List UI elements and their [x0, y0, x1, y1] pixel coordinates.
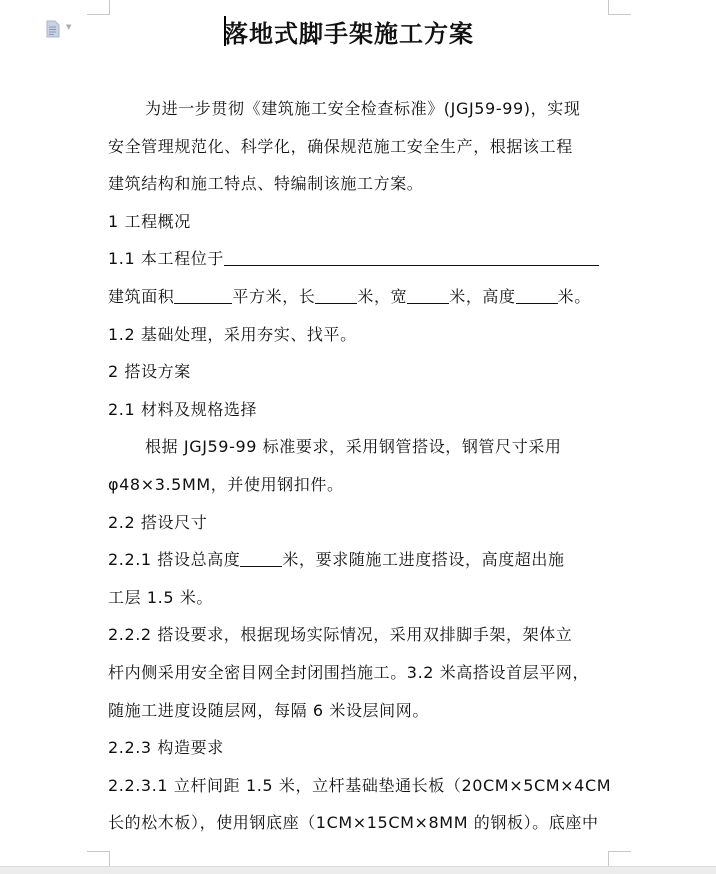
location-blank[interactable] — [224, 247, 599, 266]
subsection-heading[interactable]: 2.2.3 构造要求 — [108, 729, 608, 767]
section-heading[interactable]: 1 工程概况 — [108, 203, 608, 241]
paragraph-line[interactable]: 1.2 基础处理，采用夯实、找平。 — [108, 316, 608, 354]
margin-corner-bottom-left — [87, 851, 110, 866]
paragraph-line[interactable]: 长的松木板），使用钢底座（1CM×15CM×8MM 的钢板）。底座中 — [108, 804, 608, 842]
page-gap — [0, 866, 716, 874]
width-blank[interactable] — [407, 285, 449, 304]
paragraph-line[interactable]: 为进一步贯彻《建筑施工安全检查标准》(JGJ59-99)，实现 — [108, 90, 608, 128]
chevron-down-icon[interactable]: ▼ — [66, 23, 71, 31]
margin-corner-top-left — [87, 0, 110, 15]
area-label: 建筑面积 — [108, 287, 174, 306]
height-blank[interactable] — [516, 285, 558, 304]
paragraph-line-area[interactable]: 建筑面积平方米，长米，宽米，高度米。 — [108, 278, 608, 316]
total-height-rest: 米，要求随施工进度搭设，高度超出施 — [282, 550, 564, 569]
margin-corner-top-right — [608, 0, 631, 15]
width-label: 米，宽 — [357, 287, 407, 306]
section-heading[interactable]: 2 搭设方案 — [108, 353, 608, 391]
document-icon[interactable] — [46, 20, 60, 38]
paragraph-line-location[interactable]: 1.1 本工程位于 — [108, 240, 608, 278]
paragraph-line[interactable]: 工层 1.5 米。 — [108, 579, 608, 617]
paragraph-line[interactable]: 建筑结构和施工特点、特编制该施工方案。 — [108, 165, 608, 203]
document-page: ▼ 落地式脚手架施工方案 为进一步贯彻《建筑施工安全检查标准》(JGJ59-99… — [0, 0, 716, 866]
paragraph-line[interactable]: 杆内侧采用安全密目网全封闭围挡施工。3.2 米高搭设首层平网， — [108, 654, 608, 692]
total-height-label: 2.2.1 搭设总高度 — [108, 550, 240, 569]
area-blank[interactable] — [174, 285, 232, 304]
height-label: 米，高度 — [449, 287, 515, 306]
document-title[interactable]: 落地式脚手架施工方案 — [224, 14, 524, 49]
unit-end: 米。 — [558, 287, 591, 306]
paragraph-line[interactable]: 随施工进度设随层网，每隔 6 米设层间网。 — [108, 692, 608, 730]
paragraph-line[interactable]: 安全管理规范化、科学化，确保规范施工安全生产，根据该工程 — [108, 128, 608, 166]
paragraph-line-total-height[interactable]: 2.2.1 搭设总高度米，要求随施工进度搭设，高度超出施 — [108, 541, 608, 579]
paragraph-line[interactable]: 2.2.3.1 立杆间距 1.5 米，立杆基础垫通长板（20CM×5CM×4CM — [108, 767, 608, 805]
length-blank[interactable] — [315, 285, 357, 304]
paragraph-line[interactable]: 根据 JGJ59-99 标准要求，采用钢管搭设，钢管尺寸采用 — [108, 428, 608, 466]
subsection-heading[interactable]: 2.1 材料及规格选择 — [108, 391, 608, 429]
margin-corner-bottom-right — [608, 851, 631, 866]
total-height-blank[interactable] — [240, 548, 282, 567]
location-label: 1.1 本工程位于 — [108, 249, 224, 268]
subsection-heading[interactable]: 2.2 搭设尺寸 — [108, 504, 608, 542]
paragraph-line[interactable]: 2.2.2 搭设要求，根据现场实际情况，采用双排脚手架，架体立 — [108, 616, 608, 654]
paragraph-line[interactable]: φ48×3.5MM，并使用钢扣件。 — [108, 466, 608, 504]
length-label: 平方米，长 — [232, 287, 315, 306]
document-body[interactable]: 为进一步贯彻《建筑施工安全检查标准》(JGJ59-99)，实现 安全管理规范化、… — [108, 90, 608, 842]
